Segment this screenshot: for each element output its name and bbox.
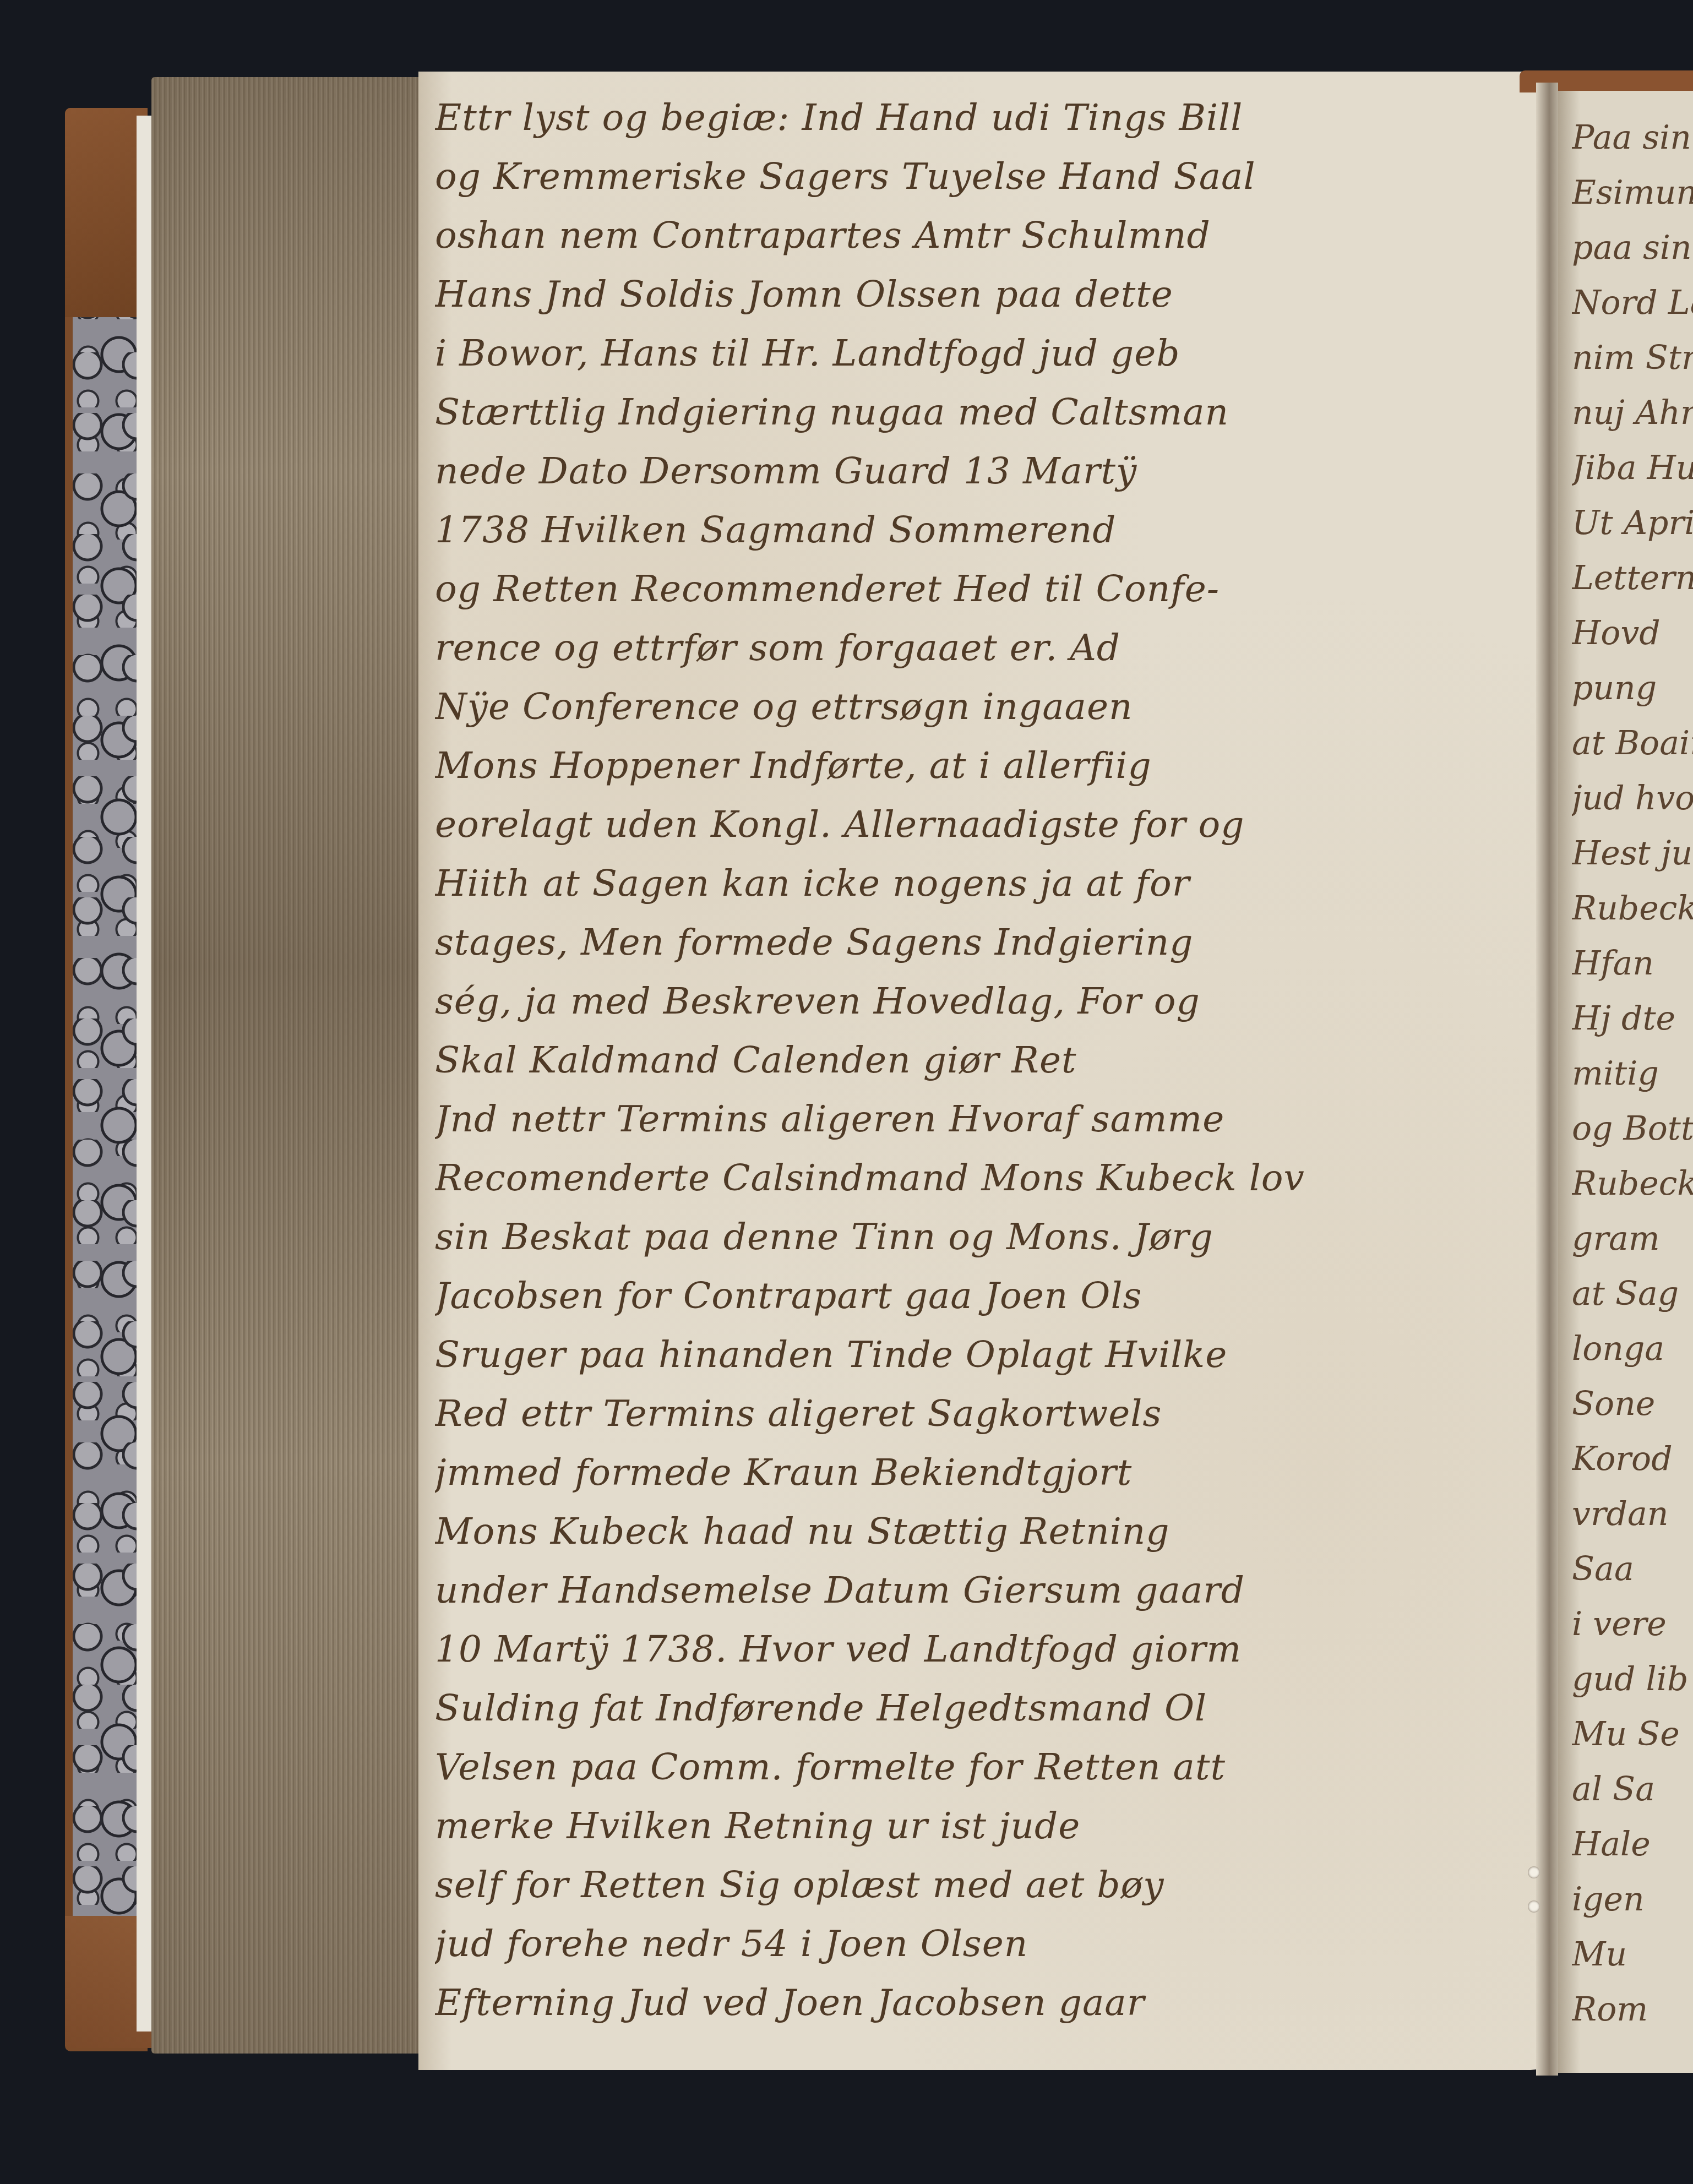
facing-text-line: at Sag <box>1572 1266 1693 1321</box>
text-line: Sruger paa hinanden Tinde Oplagt Hvilke <box>435 1325 1536 1384</box>
facing-text-line: Hovd <box>1572 606 1693 661</box>
facing-text-line: Hfan <box>1572 936 1693 991</box>
text-line: self for Retten Sig oplæst med aet bøy <box>435 1855 1536 1914</box>
leather-corner-top <box>65 108 148 317</box>
facing-text-line: Esimun <box>1572 165 1693 220</box>
text-line: Mons Kubeck haad nu Stættig Retning <box>435 1502 1536 1561</box>
facing-text-line: Rubeck <box>1572 1156 1693 1211</box>
text-line: Recomenderte Calsindmand Mons Kubeck lov <box>435 1148 1536 1207</box>
facing-text-line: gud lib <box>1572 1652 1693 1707</box>
marbled-endpaper <box>73 231 140 1949</box>
facing-text-line: Mu Se <box>1572 1707 1693 1762</box>
facing-text-line: jud hvo <box>1572 771 1693 826</box>
facing-text-line: Mu <box>1572 1927 1693 1982</box>
text-line: Hans Jnd Soldis Jomn Olssen paa dette <box>435 265 1536 324</box>
text-line: sin Beskat paa denne Tinn og Mons. Jørg <box>435 1207 1536 1266</box>
facing-text-line: longa <box>1572 1321 1693 1376</box>
facing-text-line: Hale <box>1572 1817 1693 1872</box>
facing-text-line: og Bott <box>1572 1101 1693 1156</box>
text-line: merke Hvilken Retning ur ist jude <box>435 1796 1536 1855</box>
text-line: Red ettr Termins aligeret Sagkortwels <box>435 1384 1536 1443</box>
facing-text-line: at Boain <box>1572 716 1693 771</box>
facing-text-line: igen <box>1572 1872 1693 1927</box>
facing-text-line: pung <box>1572 661 1693 716</box>
facing-text-line: paa sin <box>1572 220 1693 275</box>
facing-text-line: al Sa <box>1572 1762 1693 1817</box>
facing-text-line: vrdan <box>1572 1486 1693 1542</box>
facing-text-line: Ut April <box>1572 495 1693 551</box>
facing-text-line: Lettern <box>1572 551 1693 606</box>
facing-text-line: Jiba Hun <box>1572 440 1693 495</box>
sewing-hole <box>1528 1900 1540 1913</box>
text-line: under Handsemelse Datum Giersum gaard <box>435 1561 1536 1620</box>
text-line: i Bowor, Hans til Hr. Landtfogd jud geb <box>435 324 1536 383</box>
text-line: og Kremmeriske Sagers Tuyelse Hand Saal <box>435 147 1536 206</box>
text-line: Jnd nettr Termins aligeren Hvoraf samme <box>435 1090 1536 1148</box>
facing-page-text: Paa sinEsimunpaa sinNord Lattnim Strinuj… <box>1572 110 1693 2037</box>
facing-text-line: nuj Ahn <box>1572 385 1693 440</box>
page-block-edges <box>151 77 427 2054</box>
manuscript-scan: Ettr lyst og begiæ: Ind Hand udi Tings B… <box>0 0 1693 2184</box>
text-line: Mons Hoppener Indførte, at i allerfiig <box>435 736 1536 795</box>
facing-text-line: Rubeck <box>1572 881 1693 936</box>
text-line: eorelagt uden Kongl. Allernaadigste for … <box>435 795 1536 854</box>
facing-text-line: Saa <box>1572 1542 1693 1597</box>
facing-text-line: Rom <box>1572 1982 1693 2037</box>
text-line: Stærttlig Indgiering nugaa med Caltsman <box>435 383 1536 442</box>
text-line: 1738 Hvilken Sagmand Sommerend <box>435 500 1536 559</box>
text-line: Sulding fat Indførende Helgedtsmand Ol <box>435 1679 1536 1738</box>
text-line: Jacobsen for Contrapart gaa Joen Ols <box>435 1266 1536 1325</box>
facing-text-line: Sone <box>1572 1376 1693 1431</box>
text-line: Skal Kaldmand Calenden giør Ret <box>435 1031 1536 1090</box>
facing-text-line: i vere <box>1572 1597 1693 1652</box>
text-line: Efterning Jud ved Joen Jacobsen gaar <box>435 1973 1536 2032</box>
facing-text-line: Hj dte <box>1572 991 1693 1046</box>
binding-holes <box>1528 1866 1540 1935</box>
text-line: jud forehe nedr 54 i Joen Olsen <box>435 1914 1536 1973</box>
text-line: rence og ettrfør som forgaaet er. Ad <box>435 618 1536 677</box>
facing-text-line: Paa sin <box>1572 110 1693 165</box>
handwritten-text-block: Ettr lyst og begiæ: Ind Hand udi Tings B… <box>435 88 1536 2032</box>
text-line: Ettr lyst og begiæ: Ind Hand udi Tings B… <box>435 88 1536 147</box>
facing-text-line: mitig <box>1572 1046 1693 1101</box>
book-gutter <box>1536 83 1558 2076</box>
text-line: nede Dato Dersomm Guard 13 Martÿ <box>435 442 1536 500</box>
facing-text-line: gram <box>1572 1211 1693 1266</box>
facing-text-line: Korod <box>1572 1431 1693 1486</box>
text-line: og Retten Recommenderet Hed til Confe- <box>435 559 1536 618</box>
text-line: Velsen paa Comm. formelte for Retten att <box>435 1738 1536 1796</box>
text-line: Hiith at Sagen kan icke nogens ja at for <box>435 854 1536 913</box>
facing-text-line: Nord Latt <box>1572 275 1693 330</box>
text-line: oshan nem Contrapartes Amtr Schulmnd <box>435 206 1536 265</box>
flyleaf-strip <box>137 116 153 2031</box>
text-line: stages, Men formede Sagens Indgiering <box>435 913 1536 972</box>
text-line: Nÿe Conference og ettrsøgn ingaaen <box>435 677 1536 736</box>
text-line: 10 Martÿ 1738. Hvor ved Landtfogd giorm <box>435 1620 1536 1679</box>
text-line: ség, ja med Beskreven Hovedlag, For og <box>435 972 1536 1031</box>
facing-text-line: nim Stri <box>1572 330 1693 385</box>
sewing-hole <box>1528 1866 1540 1878</box>
facing-text-line: Hest jun <box>1572 826 1693 881</box>
text-line: jmmed formede Kraun Bekiendtgjort <box>435 1443 1536 1502</box>
